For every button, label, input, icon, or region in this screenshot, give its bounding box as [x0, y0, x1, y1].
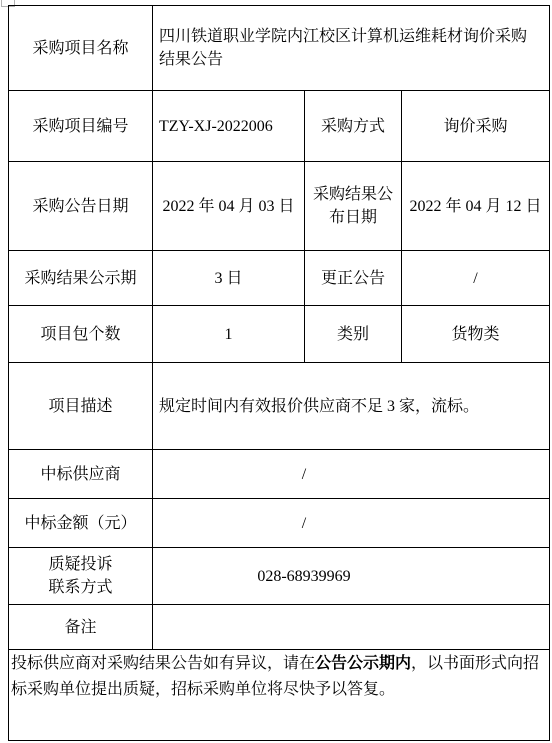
- procurement-method-label: 采购方式: [305, 91, 402, 162]
- announcement-date-value: 2022 年 04 月 03 日: [153, 162, 305, 251]
- category-label: 类别: [305, 306, 402, 363]
- correction-notice-value: /: [402, 251, 550, 306]
- project-description-label: 项目描述: [9, 363, 153, 450]
- announcement-date-label: 采购公告日期: [9, 162, 153, 251]
- row-complaint-contact: 质疑投诉 联系方式 028-68939969: [9, 548, 550, 605]
- project-number-value: TZY-XJ-2022006: [153, 91, 305, 162]
- row-footer-notice: 投标供应商对采购结果公告如有异议，请在公告公示期内，以书面形式向招标采购单位提出…: [9, 650, 550, 741]
- remarks-label: 备注: [9, 605, 153, 650]
- package-count-label: 项目包个数: [9, 306, 153, 363]
- procurement-result-table: 采购项目名称 四川铁道职业学院内江校区计算机运维耗材询价采购 结果公告 采购项目…: [8, 5, 550, 741]
- remarks-value: [153, 605, 550, 650]
- row-project-name: 采购项目名称 四川铁道职业学院内江校区计算机运维耗材询价采购 结果公告: [9, 6, 550, 91]
- correction-notice-label: 更正公告: [305, 251, 402, 306]
- winning-supplier-value: /: [153, 450, 550, 499]
- row-project-number: 采购项目编号 TZY-XJ-2022006 采购方式 询价采购: [9, 91, 550, 162]
- project-number-label: 采购项目编号: [9, 91, 153, 162]
- complaint-contact-label: 质疑投诉 联系方式: [9, 548, 153, 605]
- row-announcement-date: 采购公告日期 2022 年 04 月 03 日 采购结果公 布日期 2022 年…: [9, 162, 550, 251]
- package-count-value: 1: [153, 306, 305, 363]
- result-publish-date-value: 2022 年 04 月 12 日: [402, 162, 550, 251]
- row-publicity-period: 采购结果公示期 3 日 更正公告 /: [9, 251, 550, 306]
- category-value: 货物类: [402, 306, 550, 363]
- winning-amount-label: 中标金额（元）: [9, 499, 153, 548]
- footer-notice: 投标供应商对采购结果公告如有异议，请在公告公示期内，以书面形式向招标采购单位提出…: [9, 650, 550, 741]
- result-publish-date-label: 采购结果公 布日期: [305, 162, 402, 251]
- publicity-period-value: 3 日: [153, 251, 305, 306]
- winning-supplier-label: 中标供应商: [9, 450, 153, 499]
- project-name-value: 四川铁道职业学院内江校区计算机运维耗材询价采购 结果公告: [153, 6, 550, 91]
- winning-amount-value: /: [153, 499, 550, 548]
- complaint-contact-value: 028-68939969: [153, 548, 550, 605]
- procurement-method-value: 询价采购: [402, 91, 550, 162]
- row-remarks: 备注: [9, 605, 550, 650]
- row-package-count: 项目包个数 1 类别 货物类: [9, 306, 550, 363]
- publicity-period-label: 采购结果公示期: [9, 251, 153, 306]
- footer-notice-text-before: 投标供应商对采购结果公告如有异议，请在: [11, 655, 315, 672]
- project-description-value: 规定时间内有效报价供应商不足 3 家，流标。: [153, 363, 550, 450]
- project-name-label: 采购项目名称: [9, 6, 153, 91]
- row-winning-amount: 中标金额（元） /: [9, 499, 550, 548]
- footer-notice-text-bold: 公告公示期内: [315, 655, 411, 672]
- row-project-description: 项目描述 规定时间内有效报价供应商不足 3 家，流标。: [9, 363, 550, 450]
- row-winning-supplier: 中标供应商 /: [9, 450, 550, 499]
